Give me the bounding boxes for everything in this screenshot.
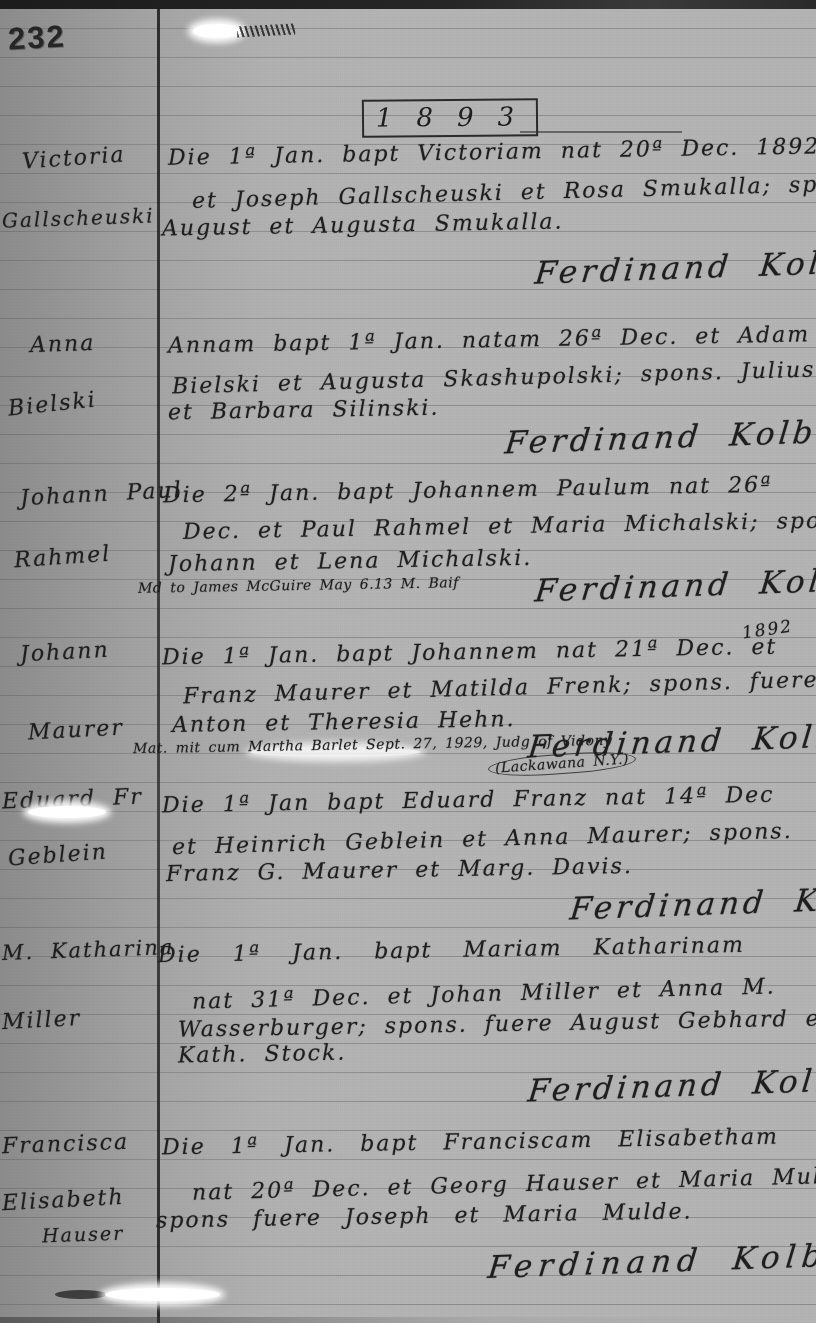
entry-text-line: Kath. Stock.: [178, 1041, 347, 1069]
entry-margin-surname: Maurer: [27, 716, 124, 746]
entry-text-line: Die 1ª Jan. bapt Mariam Katharinam: [158, 933, 745, 968]
entry-text-line: Die 1ª Jan. bapt Johannem nat 21ª Dec. e…: [162, 635, 778, 671]
whiteout-smudge-name: [28, 806, 106, 818]
priest-signature: Ferdinand Kolb: [568, 880, 816, 927]
margin-divider-line: [157, 6, 160, 1323]
entry-text-line: et Heinrich Geblein et Anna Maurer; spon…: [172, 819, 793, 860]
year-header-box: 1893: [362, 98, 538, 138]
entry-margin-surname: Hauser: [42, 1223, 125, 1248]
priest-signature: Ferdinand Kolb: [533, 562, 816, 609]
entry-text-line: Johann et Lena Michalski.: [168, 546, 533, 577]
entry-text-line: Franz G. Maurer et Marg. Davis.: [166, 854, 633, 887]
entry-margin-name: Anna: [30, 331, 96, 358]
entry-text-line: et Joseph Gallscheuski et Rosa Smukalla;…: [192, 171, 816, 214]
entry-margin-surname: Gallscheuski: [2, 203, 155, 232]
priest-signature: Ferdinand Kolb: [486, 1238, 816, 1286]
entry-margin-surname: Geblein: [7, 840, 108, 872]
ink-blot-bottom: [55, 1290, 107, 1299]
whiteout-smudge-bottom: [105, 1288, 220, 1301]
entry-text-line: Franz Maurer et Matilda Frenk; spons. fu…: [183, 668, 816, 710]
entry-text-line: Die 1ª Jan. bapt Franciscam Elisabetham: [162, 1125, 779, 1161]
entry-margin-name: Elisabeth: [1, 1185, 125, 1216]
register-page-scan: 232 1893 Victoria Gallscheuski Die 1ª Ja…: [0, 0, 816, 1323]
priest-signature: Ferdinand Kolb.: [533, 244, 816, 292]
entry-margin-name: Johann: [19, 638, 110, 668]
priest-signature: Ferdinand Kolb: [526, 1062, 816, 1109]
entry-text-line: Bielski et Augusta Skashupolski; spons. …: [172, 358, 816, 400]
priest-signature: Ferdinand Kolb: [503, 414, 816, 461]
scan-top-edge: [0, 0, 816, 9]
entry-margin-name: Francisca: [2, 1130, 130, 1159]
entry-margin-name: Victoria: [21, 142, 126, 174]
scan-bottom-edge: [0, 1317, 816, 1323]
entry-margin-surname: Miller: [1, 1006, 81, 1035]
scratched-out-mark: [237, 23, 295, 37]
entry-text-line: August et Augusta Smukalla.: [162, 209, 564, 241]
entry-text-line: Annam bapt 1ª Jan. natam 26ª Dec. et Ada…: [168, 322, 810, 358]
entry-text-line: Dec. et Paul Rahmel et Maria Michalski; …: [183, 508, 816, 545]
entry-text-line: Die 2ª Jan. bapt Johannem Paulum nat 26ª: [163, 473, 773, 509]
entry-margin-surname: Rahmel: [13, 542, 112, 574]
page-number: 232: [7, 19, 67, 58]
place-annotation: (Lackawana N.Y.): [487, 749, 636, 779]
entry-text-line: Die 1ª Jan. bapt Victoriam nat 20ª Dec. …: [168, 134, 816, 170]
entry-text-line: Anton et Theresia Hehn.: [172, 707, 516, 738]
entry-text-line: nat 20ª Dec. et Georg Hauser et Maria Mu…: [192, 1163, 816, 1206]
entry-margin-surname: Bielski: [7, 387, 98, 421]
entry-margin-name: M. Katharina: [2, 935, 175, 965]
entry-text-line: Die 1ª Jan bapt Eduard Franz nat 14ª Dec: [162, 783, 775, 819]
year-box-rule-extension: [520, 131, 682, 133]
whiteout-smudge-top: [193, 24, 241, 38]
entry-text-line: et Barbara Silinski.: [168, 396, 440, 426]
marriage-annotation: Md to James McGuire May 6.13 M. Baif: [138, 575, 459, 597]
